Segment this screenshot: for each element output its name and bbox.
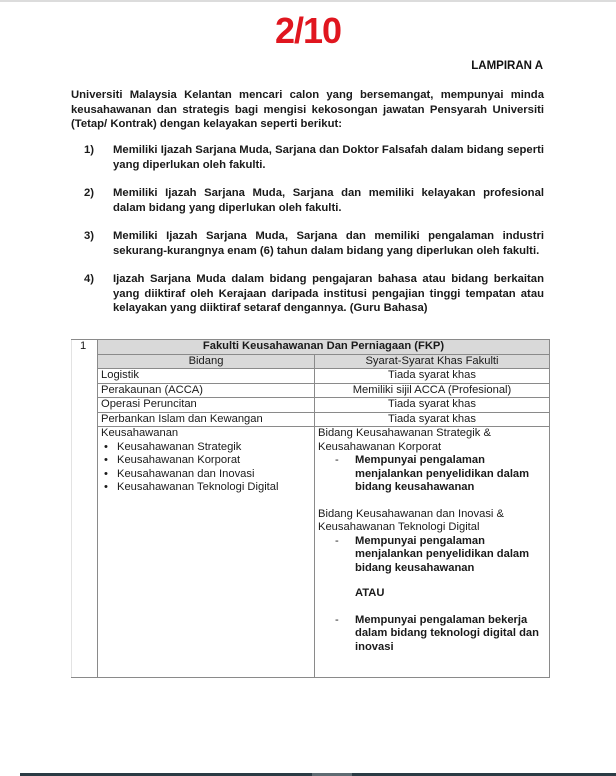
faculty-name: Fakulti Keusahawanan Dan Perniagaan (FKP… (98, 340, 550, 355)
requirement-text: Memiliki Ijazah Sarjana Muda, Sarjana da… (113, 229, 544, 258)
bullet-icon: • (104, 441, 108, 455)
or-separator: ATAU (355, 587, 546, 601)
bidang-cell: Perakaunan (ACCA) (98, 383, 315, 398)
table-row: Logistik Tiada syarat khas (72, 369, 550, 384)
requirement-text: Ijazah Sarjana Muda dalam bidang pengaja… (113, 272, 544, 316)
syarat-cell: Tiada syarat khas (315, 412, 550, 427)
requirements-list: 1) Memiliki Ijazah Sarjana Muda, Sarjana… (71, 143, 544, 330)
requirement-number: 1) (71, 143, 113, 172)
intro-paragraph: Universiti Malaysia Kelantan mencari cal… (71, 88, 544, 132)
bidang-subitem: •Keusahawanan dan Inovasi (114, 468, 311, 482)
requirement-group: Bidang Keusahawanan dan Inovasi & Keusah… (318, 508, 546, 655)
dash-icon: - (335, 454, 355, 495)
requirement-text: Memiliki Ijazah Sarjana Muda, Sarjana da… (113, 143, 544, 172)
requirement-text: Memiliki Ijazah Sarjana Muda, Sarjana da… (113, 186, 544, 215)
dash-icon: - (335, 535, 355, 576)
bidang-subitem: •Keusahawanan Strategik (114, 441, 311, 455)
bidang-subitem: •Keusahawanan Teknologi Digital (114, 481, 311, 495)
bidang-cell: Logistik (98, 369, 315, 384)
dash-icon: - (335, 614, 355, 655)
bullet-icon: • (104, 454, 108, 468)
table-index: 1 (72, 340, 98, 678)
requirement-group: Bidang Keusahawanan Strategik & Keusahaw… (318, 427, 546, 495)
requirement-number: 4) (71, 272, 113, 316)
column-header-syarat: Syarat-Syarat Khas Fakulti (315, 354, 550, 369)
requirement-item: 1) Memiliki Ijazah Sarjana Muda, Sarjana… (71, 143, 544, 172)
group-heading: Bidang Keusahawanan Strategik & Keusahaw… (318, 427, 546, 454)
bullet-icon: • (104, 481, 108, 495)
column-header-bidang: Bidang (98, 354, 315, 369)
group-requirement: - Mempunyai pengalaman bekerja dalam bid… (335, 614, 546, 655)
group-requirement: - Mempunyai pengalaman menjalankan penye… (335, 535, 546, 576)
bidang-cell: Keusahawanan •Keusahawanan Strategik •Ke… (98, 427, 315, 678)
faculty-requirements-table: 1 Fakulti Keusahawanan Dan Perniagaan (F… (71, 339, 550, 678)
table-row: Perakaunan (ACCA) Memiliki sijil ACCA (P… (72, 383, 550, 398)
bullet-icon: • (104, 468, 108, 482)
table-row-keusahawanan: Keusahawanan •Keusahawanan Strategik •Ke… (72, 427, 550, 678)
bidang-cell: Perbankan Islam dan Kewangan (98, 412, 315, 427)
bidang-subitem: •Keusahawanan Korporat (114, 454, 311, 468)
table-row: Perbankan Islam dan Kewangan Tiada syara… (72, 412, 550, 427)
syarat-cell: Memiliki sijil ACCA (Profesional) (315, 383, 550, 398)
requirement-number: 3) (71, 229, 113, 258)
table-row: Operasi Peruncitan Tiada syarat khas (72, 398, 550, 413)
syarat-cell: Bidang Keusahawanan Strategik & Keusahaw… (315, 427, 550, 678)
requirement-item: 3) Memiliki Ijazah Sarjana Muda, Sarjana… (71, 229, 544, 258)
bidang-sublist: •Keusahawanan Strategik •Keusahawanan Ko… (101, 441, 311, 495)
syarat-cell: Tiada syarat khas (315, 369, 550, 384)
faculty-title-row: 1 Fakulti Keusahawanan Dan Perniagaan (F… (72, 340, 550, 355)
group-heading: Bidang Keusahawanan dan Inovasi & Keusah… (318, 508, 546, 535)
bidang-cell: Operasi Peruncitan (98, 398, 315, 413)
group-requirement: - Mempunyai pengalaman menjalankan penye… (335, 454, 546, 495)
requirement-item: 2) Memiliki Ijazah Sarjana Muda, Sarjana… (71, 186, 544, 215)
annex-label: LAMPIRAN A (471, 60, 543, 72)
requirement-number: 2) (71, 186, 113, 215)
bidang-title: Keusahawanan (101, 427, 311, 441)
syarat-cell: Tiada syarat khas (315, 398, 550, 413)
table-header-row: Bidang Syarat-Syarat Khas Fakulti (72, 354, 550, 369)
page-number-stamp: 2/10 (0, 10, 616, 52)
page-top-border (0, 0, 616, 2)
requirement-item: 4) Ijazah Sarjana Muda dalam bidang peng… (71, 272, 544, 316)
